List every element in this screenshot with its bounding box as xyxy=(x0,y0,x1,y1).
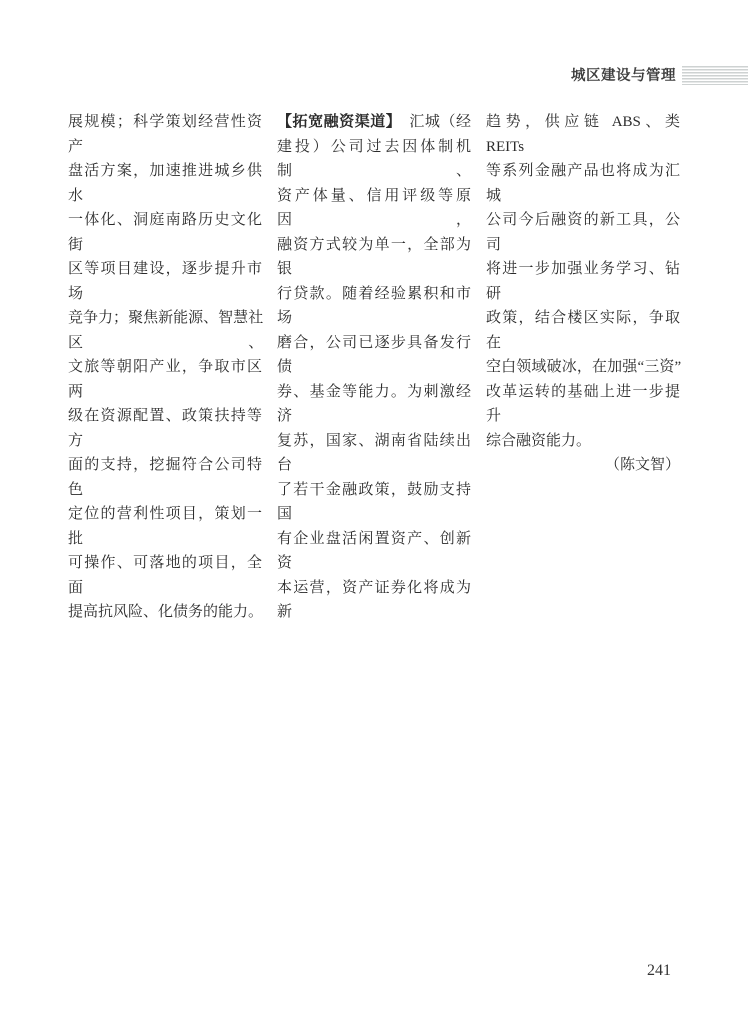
text-line: 提高抗风险、化债务的能力。 xyxy=(68,600,262,625)
text-line: 券、基金等能力。为刺激经济 xyxy=(277,380,471,429)
text-line: 复苏，国家、湖南省陆续出台 xyxy=(277,429,471,478)
text-line: 区等项目建设，逐步提升市场 xyxy=(68,257,262,306)
running-head-title: 城区建设与管理 xyxy=(571,64,676,85)
text-line: 将进一步加强业务学习、钻研 xyxy=(486,257,680,306)
document-page: 城区建设与管理 展规模；科学策划经营性资产盘活方案，加速推进城乡供水一体化、洞庭… xyxy=(0,0,750,1024)
text-line: 面的支持，挖掘符合公司特色 xyxy=(68,453,262,502)
text-line: 建投）公司过去因体制机制、 xyxy=(277,135,471,184)
text-line: 资产体量、信用评级等原因， xyxy=(277,184,471,233)
text-line: 改革运转的基础上进一步提升 xyxy=(486,380,680,429)
text-line: 空白领域破冰，在加强“三资” xyxy=(486,355,680,380)
entry-heading: 【拓宽融资渠道】 xyxy=(277,113,394,130)
header-stripes-decoration xyxy=(682,66,748,85)
text-line: 可操作、可落地的项目，全面 xyxy=(68,551,262,600)
text-line: 行贷款。随着经验累积和市场 xyxy=(277,282,471,331)
text-line: 公司今后融资的新工具，公司 xyxy=(486,208,680,257)
text-line: 文旅等朝阳产业，争取市区两 xyxy=(68,355,262,404)
page-number: 241 xyxy=(647,962,671,980)
text-column-1: 展规模；科学策划经营性资产盘活方案，加速推进城乡供水一体化、洞庭南路历史文化街区… xyxy=(68,110,262,625)
text-line: 趋势，供应链 ABS、类 REITs xyxy=(486,110,680,159)
text-line: 了若干金融政策，鼓励支持国 xyxy=(277,478,471,527)
text-line: 级在资源配置、政策扶持等方 xyxy=(68,404,262,453)
text-line: 综合融资能力。 xyxy=(486,429,680,454)
text-line: 磨合，公司已逐步具备发行债 xyxy=(277,331,471,380)
text-line: 本运营，资产证券化将成为新 xyxy=(277,576,471,625)
text-line: 等系列金融产品也将成为汇城 xyxy=(486,159,680,208)
text-line: 政策，结合楼区实际，争取在 xyxy=(486,306,680,355)
text-line: 展规模；科学策划经营性资产 xyxy=(68,110,262,159)
running-head: 城区建设与管理 xyxy=(0,0,750,90)
text-line: 定位的营利性项目，策划一批 xyxy=(68,502,262,551)
author-attribution: （陈文智） xyxy=(486,453,680,478)
text-column-2: 【拓宽融资渠道】 汇城（经建投）公司过去因体制机制、资产体量、信用评级等原因，融… xyxy=(277,110,471,625)
text-line: 有企业盘活闲置资产、创新资 xyxy=(277,527,471,576)
article-columns: 展规模；科学策划经营性资产盘活方案，加速推进城乡供水一体化、洞庭南路历史文化街区… xyxy=(68,110,680,625)
text-line: 盘活方案，加速推进城乡供水 xyxy=(68,159,262,208)
text-line: 一体化、洞庭南路历史文化街 xyxy=(68,208,262,257)
entry-heading-line: 【拓宽融资渠道】 汇城（经 xyxy=(277,110,471,135)
text-line: 竞争力；聚焦新能源、智慧社区、 xyxy=(68,306,262,355)
text-line: 融资方式较为单一，全部为银 xyxy=(277,233,471,282)
text-column-3: 趋势，供应链 ABS、类 REITs等系列金融产品也将成为汇城公司今后融资的新工… xyxy=(486,110,680,625)
